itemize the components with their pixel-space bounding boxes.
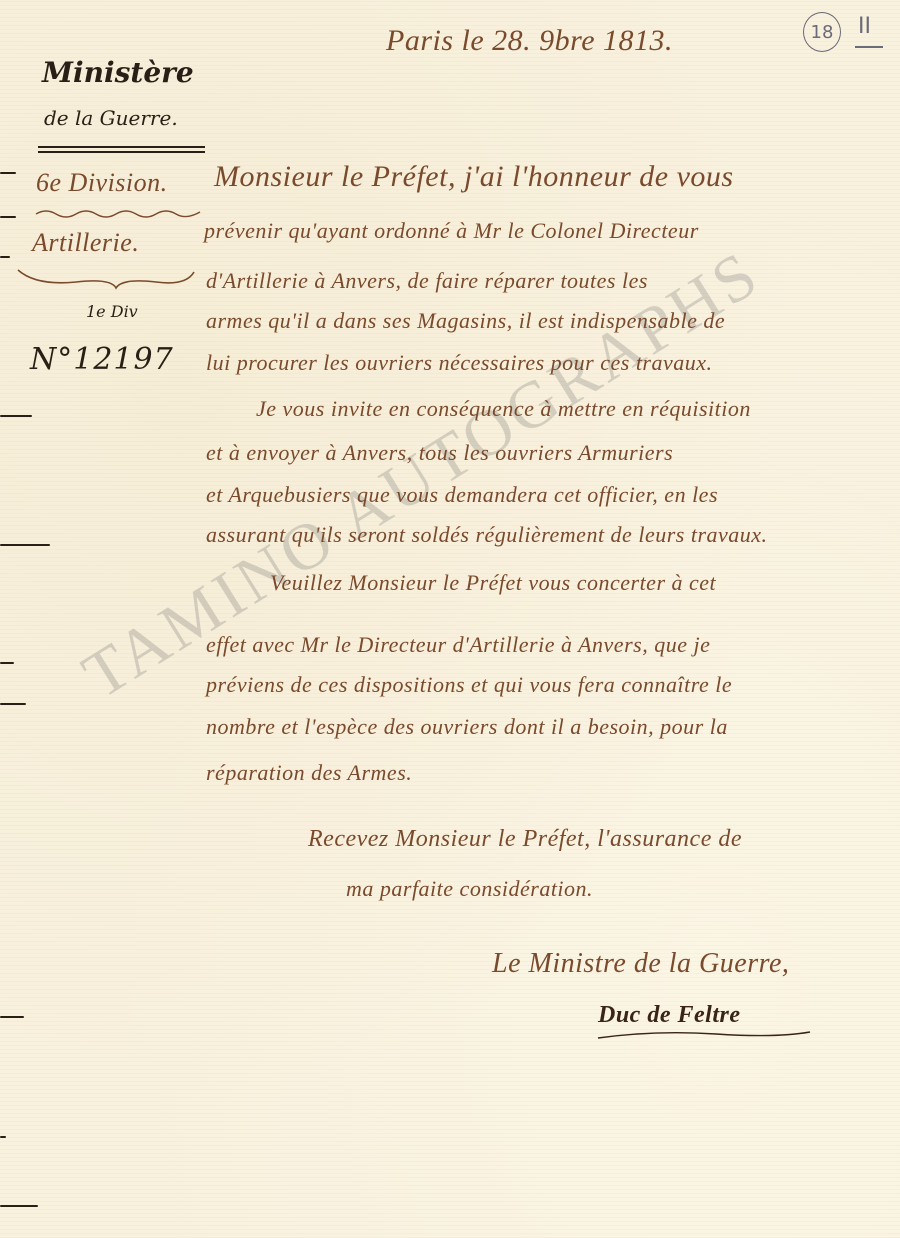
body-line-9: assurant qu'ils seront soldés régulièrem… [206, 522, 768, 548]
reference-number: N°12197 [30, 342, 174, 377]
signature: Duc de Feltre [598, 1002, 740, 1029]
body-line-3: d'Artillerie à Anvers, de faire réparer … [206, 268, 648, 294]
body-line-5: lui procurer les ouvriers nécessaires po… [206, 350, 713, 376]
closing-line-1: Recevez Monsieur le Préfet, l'assurance … [308, 826, 742, 853]
closing-line-2: ma parfaite considération. [346, 876, 593, 902]
dateline: Paris le 28. 9bre 1813. [386, 24, 673, 58]
branch-label: Artillerie. [32, 228, 139, 258]
margin-mark [0, 1136, 6, 1138]
margin-mark [0, 256, 10, 258]
division-wavy-divider [34, 208, 204, 220]
body-line-2: prévenir qu'ayant ordonné à Mr le Colone… [204, 218, 699, 244]
margin-mark [0, 415, 32, 417]
margin-mark [0, 544, 50, 546]
header-rule-bottom [38, 151, 205, 153]
header-rule-top [38, 146, 205, 148]
header-ministry: Ministère [42, 56, 194, 89]
body-line-14: réparation des Armes. [206, 760, 412, 786]
margin-mark [0, 662, 14, 664]
margin-mark [0, 1205, 38, 1207]
body-line-12: préviens de ces dispositions et qui vous… [206, 672, 732, 698]
division-label: 6e Division. [36, 168, 168, 198]
body-line-1: Monsieur le Préfet, j'ai l'honneur de vo… [214, 160, 734, 194]
body-line-10: Veuillez Monsieur le Préfet vous concert… [270, 570, 716, 596]
archive-circled-number: 18 [803, 12, 841, 52]
archive-underline [855, 46, 883, 48]
header-department: de la Guerre. [44, 106, 178, 130]
margin-mark [0, 1016, 24, 1018]
signature-underline [596, 1028, 816, 1042]
margin-mark [0, 703, 26, 705]
body-line-11: effet avec Mr le Directeur d'Artillerie … [206, 632, 710, 658]
body-line-8: et Arquebusiers que vous demandera cet o… [206, 482, 718, 508]
margin-mark [0, 216, 16, 218]
archive-roman-numeral: II [858, 14, 871, 39]
signatory-title: Le Ministre de la Guerre, [492, 948, 789, 980]
body-line-13: nombre et l'espèce des ouvriers dont il … [206, 714, 728, 740]
body-line-6: Je vous invite en conséquence à mettre e… [256, 396, 751, 422]
branch-bracket-flourish [16, 268, 196, 292]
body-line-4: armes qu'il a dans ses Magasins, il est … [206, 308, 725, 334]
body-line-7: et à envoyer à Anvers, tous les ouvriers… [206, 440, 673, 466]
margin-mark [0, 172, 16, 174]
sub-division-label: 1e Div [86, 302, 138, 321]
